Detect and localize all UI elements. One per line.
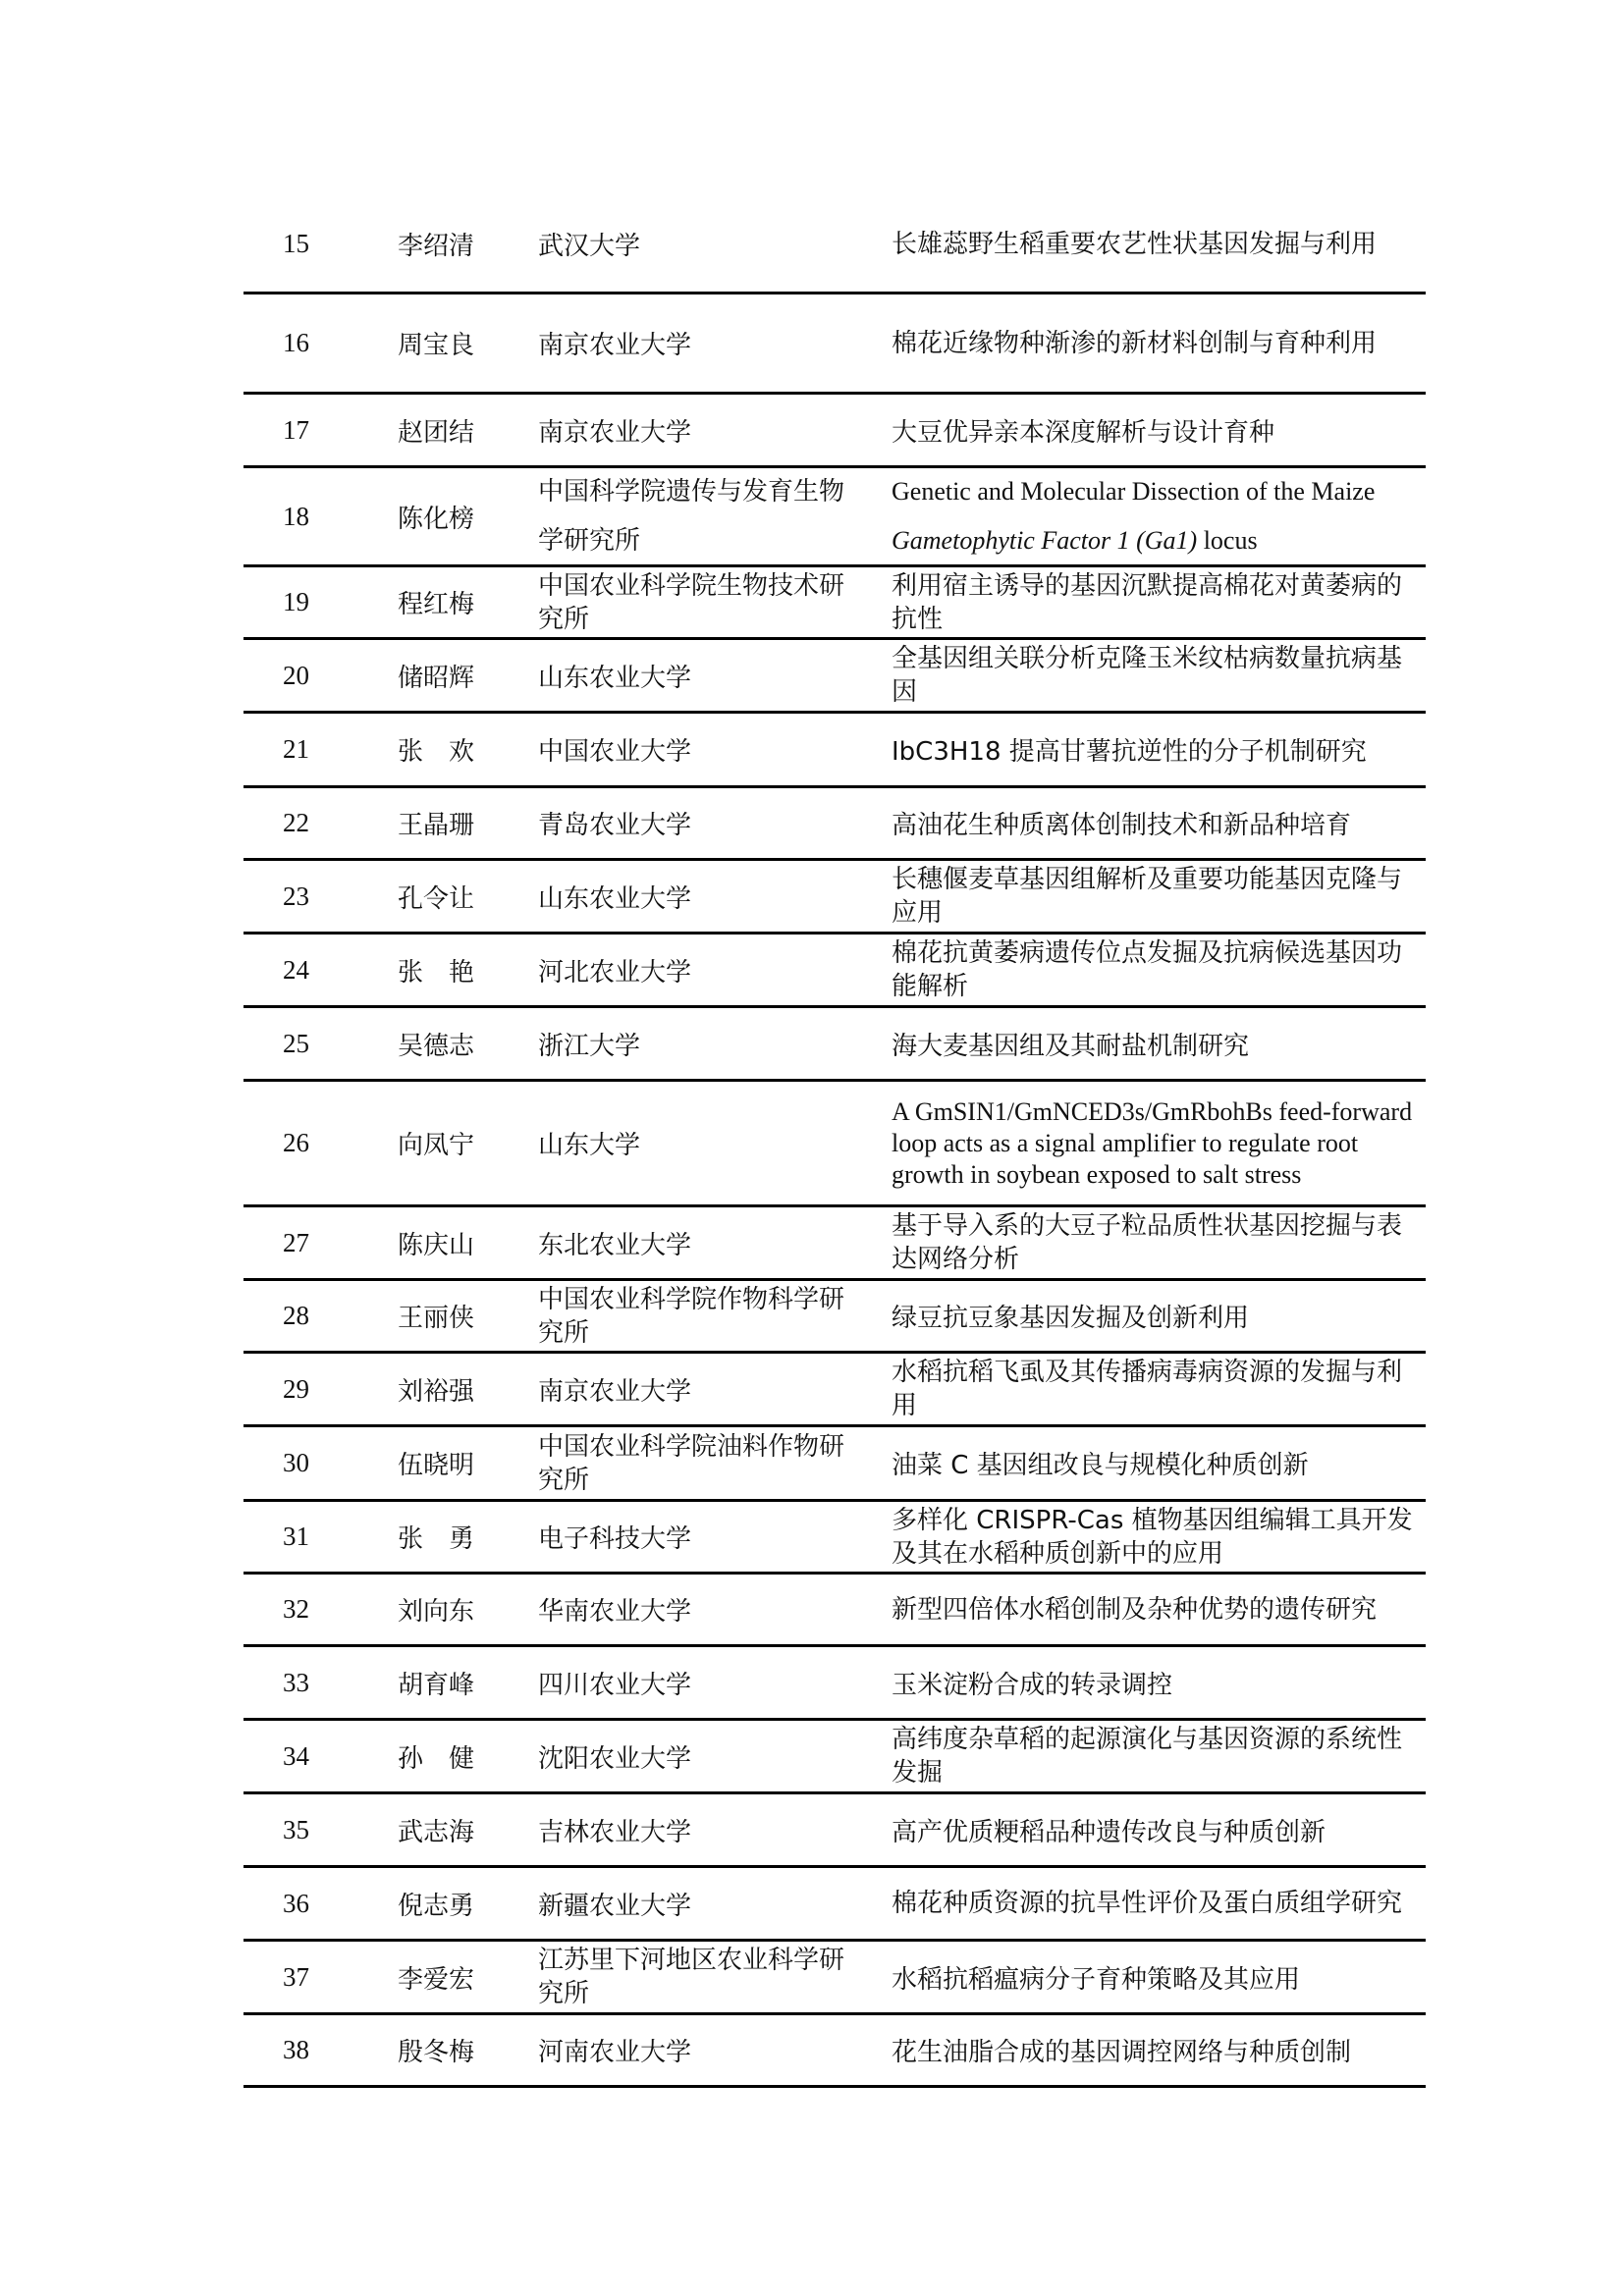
table-row: 30 伍晓明 中国农业科学院油料作物研究所 油菜 C 基因组改良与规模化种质创新 <box>244 1427 1426 1502</box>
person-name: 张 欢 <box>398 714 525 785</box>
project-title: 大豆优异亲本深度解析与设计育种 <box>892 395 1422 465</box>
person-name: 孙 健 <box>398 1721 525 1791</box>
institution: 南京农业大学 <box>538 1354 862 1424</box>
row-number: 22 <box>283 788 361 858</box>
gene-name: Gametophytic Factor 1 (Ga1) <box>892 526 1197 555</box>
institution: 四川农业大学 <box>538 1647 862 1718</box>
person-name: 胡育峰 <box>398 1647 525 1718</box>
row-number: 16 <box>283 294 361 392</box>
table-row: 29 刘裕强 南京农业大学 水稻抗稻飞虱及其传播病毒病资源的发掘与利用 <box>244 1354 1426 1427</box>
institution: 山东农业大学 <box>538 861 862 932</box>
table-row: 18 陈化榜 中国科学院遗传与发育生物学研究所 Genetic and Mole… <box>244 468 1426 567</box>
person-name: 伍晓明 <box>398 1427 525 1499</box>
project-title: 长雄蕊野生稻重要农艺性状基因发掘与利用 <box>892 196 1422 292</box>
table-row: 23 孔令让 山东农业大学 长穗偃麦草基因组解析及重要功能基因克隆与应用 <box>244 861 1426 934</box>
institution: 河北农业大学 <box>538 934 862 1005</box>
table-row: 28 王丽侠 中国农业科学院作物科学研究所 绿豆抗豆象基因发掘及创新利用 <box>244 1281 1426 1354</box>
project-title: 棉花抗黄萎病遗传位点发掘及抗病候选基因功能解析 <box>892 934 1422 1005</box>
person-name: 吴德志 <box>398 1008 525 1079</box>
row-number: 18 <box>283 468 361 564</box>
row-number: 29 <box>283 1354 361 1424</box>
row-number: 26 <box>283 1082 361 1204</box>
institution: 青岛农业大学 <box>538 788 862 858</box>
table-row: 35 武志海 吉林农业大学 高产优质粳稻品种遗传改良与种质创新 <box>244 1794 1426 1868</box>
row-number: 33 <box>283 1647 361 1718</box>
title-text: A GmSIN1/GmNCED3s/GmRbohBs feed-forward … <box>892 1096 1422 1191</box>
row-number: 23 <box>283 861 361 932</box>
row-number: 15 <box>283 196 361 292</box>
row-number: 24 <box>283 934 361 1005</box>
person-name: 武志海 <box>398 1794 525 1865</box>
table-row: 20 储昭辉 山东农业大学 全基因组关联分析克隆玉米纹枯病数量抗病基因 <box>244 640 1426 714</box>
project-title: A GmSIN1/GmNCED3s/GmRbohBs feed-forward … <box>892 1082 1422 1204</box>
project-title: Genetic and Molecular Dissection of the … <box>892 468 1422 564</box>
project-title: 基于导入系的大豆子粒品质性状基因挖掘与表达网络分析 <box>892 1207 1422 1278</box>
institution: 山东大学 <box>538 1082 862 1204</box>
institution: 电子科技大学 <box>538 1502 862 1572</box>
project-title: 新型四倍体水稻创制及杂种优势的遗传研究 <box>892 1575 1422 1644</box>
project-title: 多样化 CRISPR-Cas 植物基因组编辑工具开发及其在水稻种质创新中的应用 <box>892 1502 1422 1572</box>
institution: 东北农业大学 <box>538 1207 862 1278</box>
title-text: locus <box>1197 526 1257 555</box>
person-name: 刘向东 <box>398 1575 525 1644</box>
project-title: 水稻抗稻瘟病分子育种策略及其应用 <box>892 1942 1422 2012</box>
row-number: 35 <box>283 1794 361 1865</box>
person-name: 李绍清 <box>398 196 525 292</box>
project-title: 全基因组关联分析克隆玉米纹枯病数量抗病基因 <box>892 640 1422 711</box>
project-title: 水稻抗稻飞虱及其传播病毒病资源的发掘与利用 <box>892 1354 1422 1424</box>
institution: 南京农业大学 <box>538 294 862 392</box>
person-name: 刘裕强 <box>398 1354 525 1424</box>
table-row: 38 殷冬梅 河南农业大学 花生油脂合成的基因调控网络与种质创制 <box>244 2015 1426 2088</box>
institution: 山东农业大学 <box>538 640 862 711</box>
row-number: 36 <box>283 1868 361 1939</box>
institution: 中国农业科学院作物科学研究所 <box>538 1281 862 1351</box>
project-title: 高纬度杂草稻的起源演化与基因资源的系统性发掘 <box>892 1721 1422 1791</box>
table-row: 26 向凤宁 山东大学 A GmSIN1/GmNCED3s/GmRbohBs f… <box>244 1082 1426 1207</box>
institution: 华南农业大学 <box>538 1575 862 1644</box>
person-name: 陈化榜 <box>398 468 525 564</box>
institution: 沈阳农业大学 <box>538 1721 862 1791</box>
project-title: 长穗偃麦草基因组解析及重要功能基因克隆与应用 <box>892 861 1422 932</box>
row-number: 27 <box>283 1207 361 1278</box>
row-number: 21 <box>283 714 361 785</box>
row-number: 17 <box>283 395 361 465</box>
institution: 中国科学院遗传与发育生物学研究所 <box>538 468 862 564</box>
project-title: IbC3H18 提高甘薯抗逆性的分子机制研究 <box>892 714 1422 785</box>
institution: 中国农业大学 <box>538 714 862 785</box>
table-row: 19 程红梅 中国农业科学院生物技术研究所 利用宿主诱导的基因沉默提高棉花对黄萎… <box>244 567 1426 640</box>
person-name: 程红梅 <box>398 567 525 637</box>
project-title: 棉花近缘物种渐渗的新材料创制与育种利用 <box>892 294 1422 392</box>
row-number: 20 <box>283 640 361 711</box>
person-name: 孔令让 <box>398 861 525 932</box>
person-name: 殷冬梅 <box>398 2015 525 2085</box>
row-number: 30 <box>283 1427 361 1499</box>
project-title: 绿豆抗豆象基因发掘及创新利用 <box>892 1281 1422 1351</box>
table-row: 37 李爱宏 江苏里下河地区农业科学研究所 水稻抗稻瘟病分子育种策略及其应用 <box>244 1942 1426 2015</box>
institution: 浙江大学 <box>538 1008 862 1079</box>
project-title: 花生油脂合成的基因调控网络与种质创制 <box>892 2015 1422 2085</box>
project-title: 棉花种质资源的抗旱性评价及蛋白质组学研究 <box>892 1868 1422 1939</box>
table-row: 24 张 艳 河北农业大学 棉花抗黄萎病遗传位点发掘及抗病候选基因功能解析 <box>244 934 1426 1008</box>
project-title: 利用宿主诱导的基因沉默提高棉花对黄萎病的抗性 <box>892 567 1422 637</box>
row-number: 31 <box>283 1502 361 1572</box>
table-row: 34 孙 健 沈阳农业大学 高纬度杂草稻的起源演化与基因资源的系统性发掘 <box>244 1721 1426 1794</box>
table-row: 32 刘向东 华南农业大学 新型四倍体水稻创制及杂种优势的遗传研究 <box>244 1575 1426 1647</box>
institution: 河南农业大学 <box>538 2015 862 2085</box>
person-name: 张 艳 <box>398 934 525 1005</box>
row-number: 28 <box>283 1281 361 1351</box>
person-name: 周宝良 <box>398 294 525 392</box>
institution: 江苏里下河地区农业科学研究所 <box>538 1942 862 2012</box>
row-number: 37 <box>283 1942 361 2012</box>
row-number: 32 <box>283 1575 361 1644</box>
table-row: 33 胡育峰 四川农业大学 玉米淀粉合成的转录调控 <box>244 1647 1426 1721</box>
person-name: 王丽侠 <box>398 1281 525 1351</box>
institution: 新疆农业大学 <box>538 1868 862 1939</box>
person-name: 李爱宏 <box>398 1942 525 2012</box>
person-name: 王晶珊 <box>398 788 525 858</box>
person-name: 陈庆山 <box>398 1207 525 1278</box>
table-row: 25 吴德志 浙江大学 海大麦基因组及其耐盐机制研究 <box>244 1008 1426 1082</box>
table-row: 36 倪志勇 新疆农业大学 棉花种质资源的抗旱性评价及蛋白质组学研究 <box>244 1868 1426 1942</box>
institution: 南京农业大学 <box>538 395 862 465</box>
project-title: 高产优质粳稻品种遗传改良与种质创新 <box>892 1794 1422 1865</box>
row-number: 38 <box>283 2015 361 2085</box>
row-number: 34 <box>283 1721 361 1791</box>
project-title: 高油花生种质离体创制技术和新品种培育 <box>892 788 1422 858</box>
row-number: 25 <box>283 1008 361 1079</box>
table-row: 17 赵团结 南京农业大学 大豆优异亲本深度解析与设计育种 <box>244 395 1426 468</box>
person-name: 赵团结 <box>398 395 525 465</box>
institution: 吉林农业大学 <box>538 1794 862 1865</box>
table-row: 16 周宝良 南京农业大学 棉花近缘物种渐渗的新材料创制与育种利用 <box>244 294 1426 395</box>
person-name: 储昭辉 <box>398 640 525 711</box>
table-row: 21 张 欢 中国农业大学 IbC3H18 提高甘薯抗逆性的分子机制研究 <box>244 714 1426 788</box>
table-row: 31 张 勇 电子科技大学 多样化 CRISPR-Cas 植物基因组编辑工具开发… <box>244 1502 1426 1575</box>
person-name: 向凤宁 <box>398 1082 525 1204</box>
table-row: 22 王晶珊 青岛农业大学 高油花生种质离体创制技术和新品种培育 <box>244 788 1426 861</box>
institution: 武汉大学 <box>538 196 862 292</box>
institution: 中国农业科学院生物技术研究所 <box>538 567 862 637</box>
table-row: 15 李绍清 武汉大学 长雄蕊野生稻重要农艺性状基因发掘与利用 <box>244 196 1426 294</box>
project-title: 海大麦基因组及其耐盐机制研究 <box>892 1008 1422 1079</box>
person-name: 张 勇 <box>398 1502 525 1572</box>
table-row: 27 陈庆山 东北农业大学 基于导入系的大豆子粒品质性状基因挖掘与表达网络分析 <box>244 1207 1426 1281</box>
person-name: 倪志勇 <box>398 1868 525 1939</box>
project-title: 油菜 C 基因组改良与规模化种质创新 <box>892 1427 1422 1499</box>
title-text: Genetic and Molecular Dissection of the … <box>892 477 1375 506</box>
project-title: 玉米淀粉合成的转录调控 <box>892 1647 1422 1718</box>
institution: 中国农业科学院油料作物研究所 <box>538 1427 862 1499</box>
row-number: 19 <box>283 567 361 637</box>
